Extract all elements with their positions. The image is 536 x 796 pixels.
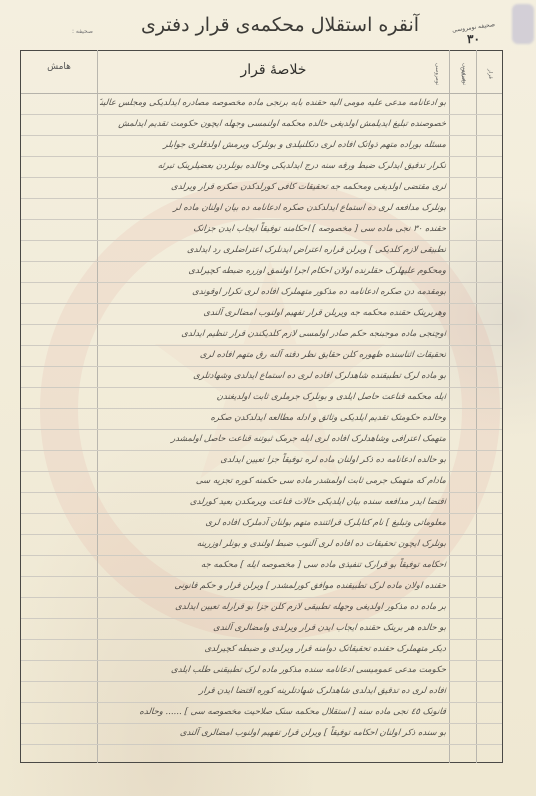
handwritten-line: تکرار تدقیق ایدلرک ضبط ورقه سنه درج ایدل… — [99, 156, 447, 177]
page-number: ٣٠ — [467, 32, 480, 46]
handwritten-line: بر ماده ده مذکور اولدیغی وجهله تطبیقی لا… — [99, 597, 447, 618]
handwritten-line: مادام که متهمک جرمی ثابت اولمشدر ماده سی… — [99, 471, 447, 492]
handwritten-line: وحالده حکومتک تقدیم ایلدیکی وثائق و ادله… — [99, 408, 447, 429]
handwritten-line: دیکر متهملرک حقنده تحقیقاتک دوامنه قرار … — [99, 639, 447, 660]
header-decision-summary: خلاصهٔ قرار — [98, 62, 449, 78]
handwritten-line: تحقیقات اثناسنده ظهوره کلن حقایق نظر دقت… — [99, 345, 447, 366]
handwritten-line: بو ادعانامه مدعی علیه مومی الیه حقنده با… — [99, 93, 447, 114]
handwritten-line: لری مقتضی اولدیغی ومحکمه جه تحقیقات کافی… — [99, 177, 447, 198]
decision-text: بو ادعانامه مدعی علیه مومی الیه حقنده با… — [100, 93, 446, 744]
header-margin: هامش — [21, 62, 97, 72]
handwritten-line: تطبیقی لازم کلدیکی ] ویرلن قراره اعتراض … — [99, 240, 447, 261]
handwritten-line: بو سنده ذکر اولنان احکامه توفیقاً ] ویرل… — [99, 723, 447, 744]
handwritten-line: ومحکوم علیهلرک حقلرنده اولان احکام اجرا … — [99, 261, 447, 282]
register-title: آنقره استقلال محکمه‌ی قرار دفتری — [140, 14, 420, 48]
header-decision-number: قرار نومروسی — [477, 58, 503, 90]
handwritten-line: بو حالده ادعانامه ده ذکر اولنان ماده لره… — [99, 450, 447, 471]
handwritten-line: بومقدمه دن صکره ادعانامه ده مذکور متهملر… — [99, 282, 447, 303]
handwritten-line: متهمک اعترافی وشاهدلرک افاده لری ایله جر… — [99, 429, 447, 450]
handwritten-line: مسئله بوراده متهم ذواتک افاده لری دنکلنی… — [99, 135, 447, 156]
handwritten-line: ایله محکمه قناعت حاصل ایلدی و بونلرک جرم… — [99, 387, 447, 408]
ruled-line — [21, 744, 502, 745]
handwritten-line: بونلرک مدافعه لری ده استماع ایدلدکدن صکر… — [99, 198, 447, 219]
handwritten-line: قانونک ٤٥ نجی ماده سنه [ استقلال محکمه س… — [99, 702, 447, 723]
handwritten-line: حقنده اولان ماده لرک تطبیقنده موافق کورل… — [99, 576, 447, 597]
page-label: صحیفه : — [72, 28, 93, 35]
handwritten-line: خصوصنده تبلیغ ایدیلمش اولدیغی حالده محکم… — [99, 114, 447, 135]
handwritten-line: حکومت مدعی عمومیسی ادعانامه سنده مذکور م… — [99, 660, 447, 681]
handwritten-line: بونلرک ایچون تحقیقات ده افاده لری آلنوب … — [99, 534, 447, 555]
archive-stamp — [512, 4, 534, 44]
handwritten-line: بو ماده لرک تطبیقنده شاهدلرک افاده لری د… — [99, 366, 447, 387]
handwritten-line: افاده لری ده تدقیق ایدلدی شاهدلرک شهادتل… — [99, 681, 447, 702]
handwritten-line: بو حالده هر برینک حقنده ایجاب ایدن قرار … — [99, 618, 447, 639]
handwritten-line: احکامه توفیقاً بو قرارک تنفیذی ماده سی [… — [99, 555, 447, 576]
handwritten-line: حقنده ٣٠ نجی ماده سی [ مخصوصه ] احکامنه … — [99, 219, 447, 240]
handwritten-line: اوچنجی ماده موجبنجه حکم صادر اولمسی لازم… — [99, 324, 447, 345]
handwritten-line: وهربرینک حقنده محکمه جه ویریلن قرار تفهی… — [99, 303, 447, 324]
handwritten-line: معلوماتی وتبلیغ ] نام کتابلرک قرائتنده م… — [99, 513, 447, 534]
handwritten-line: اقتضا ایدر مدافعه سنده بیان ایلدیکی حالا… — [99, 492, 447, 513]
